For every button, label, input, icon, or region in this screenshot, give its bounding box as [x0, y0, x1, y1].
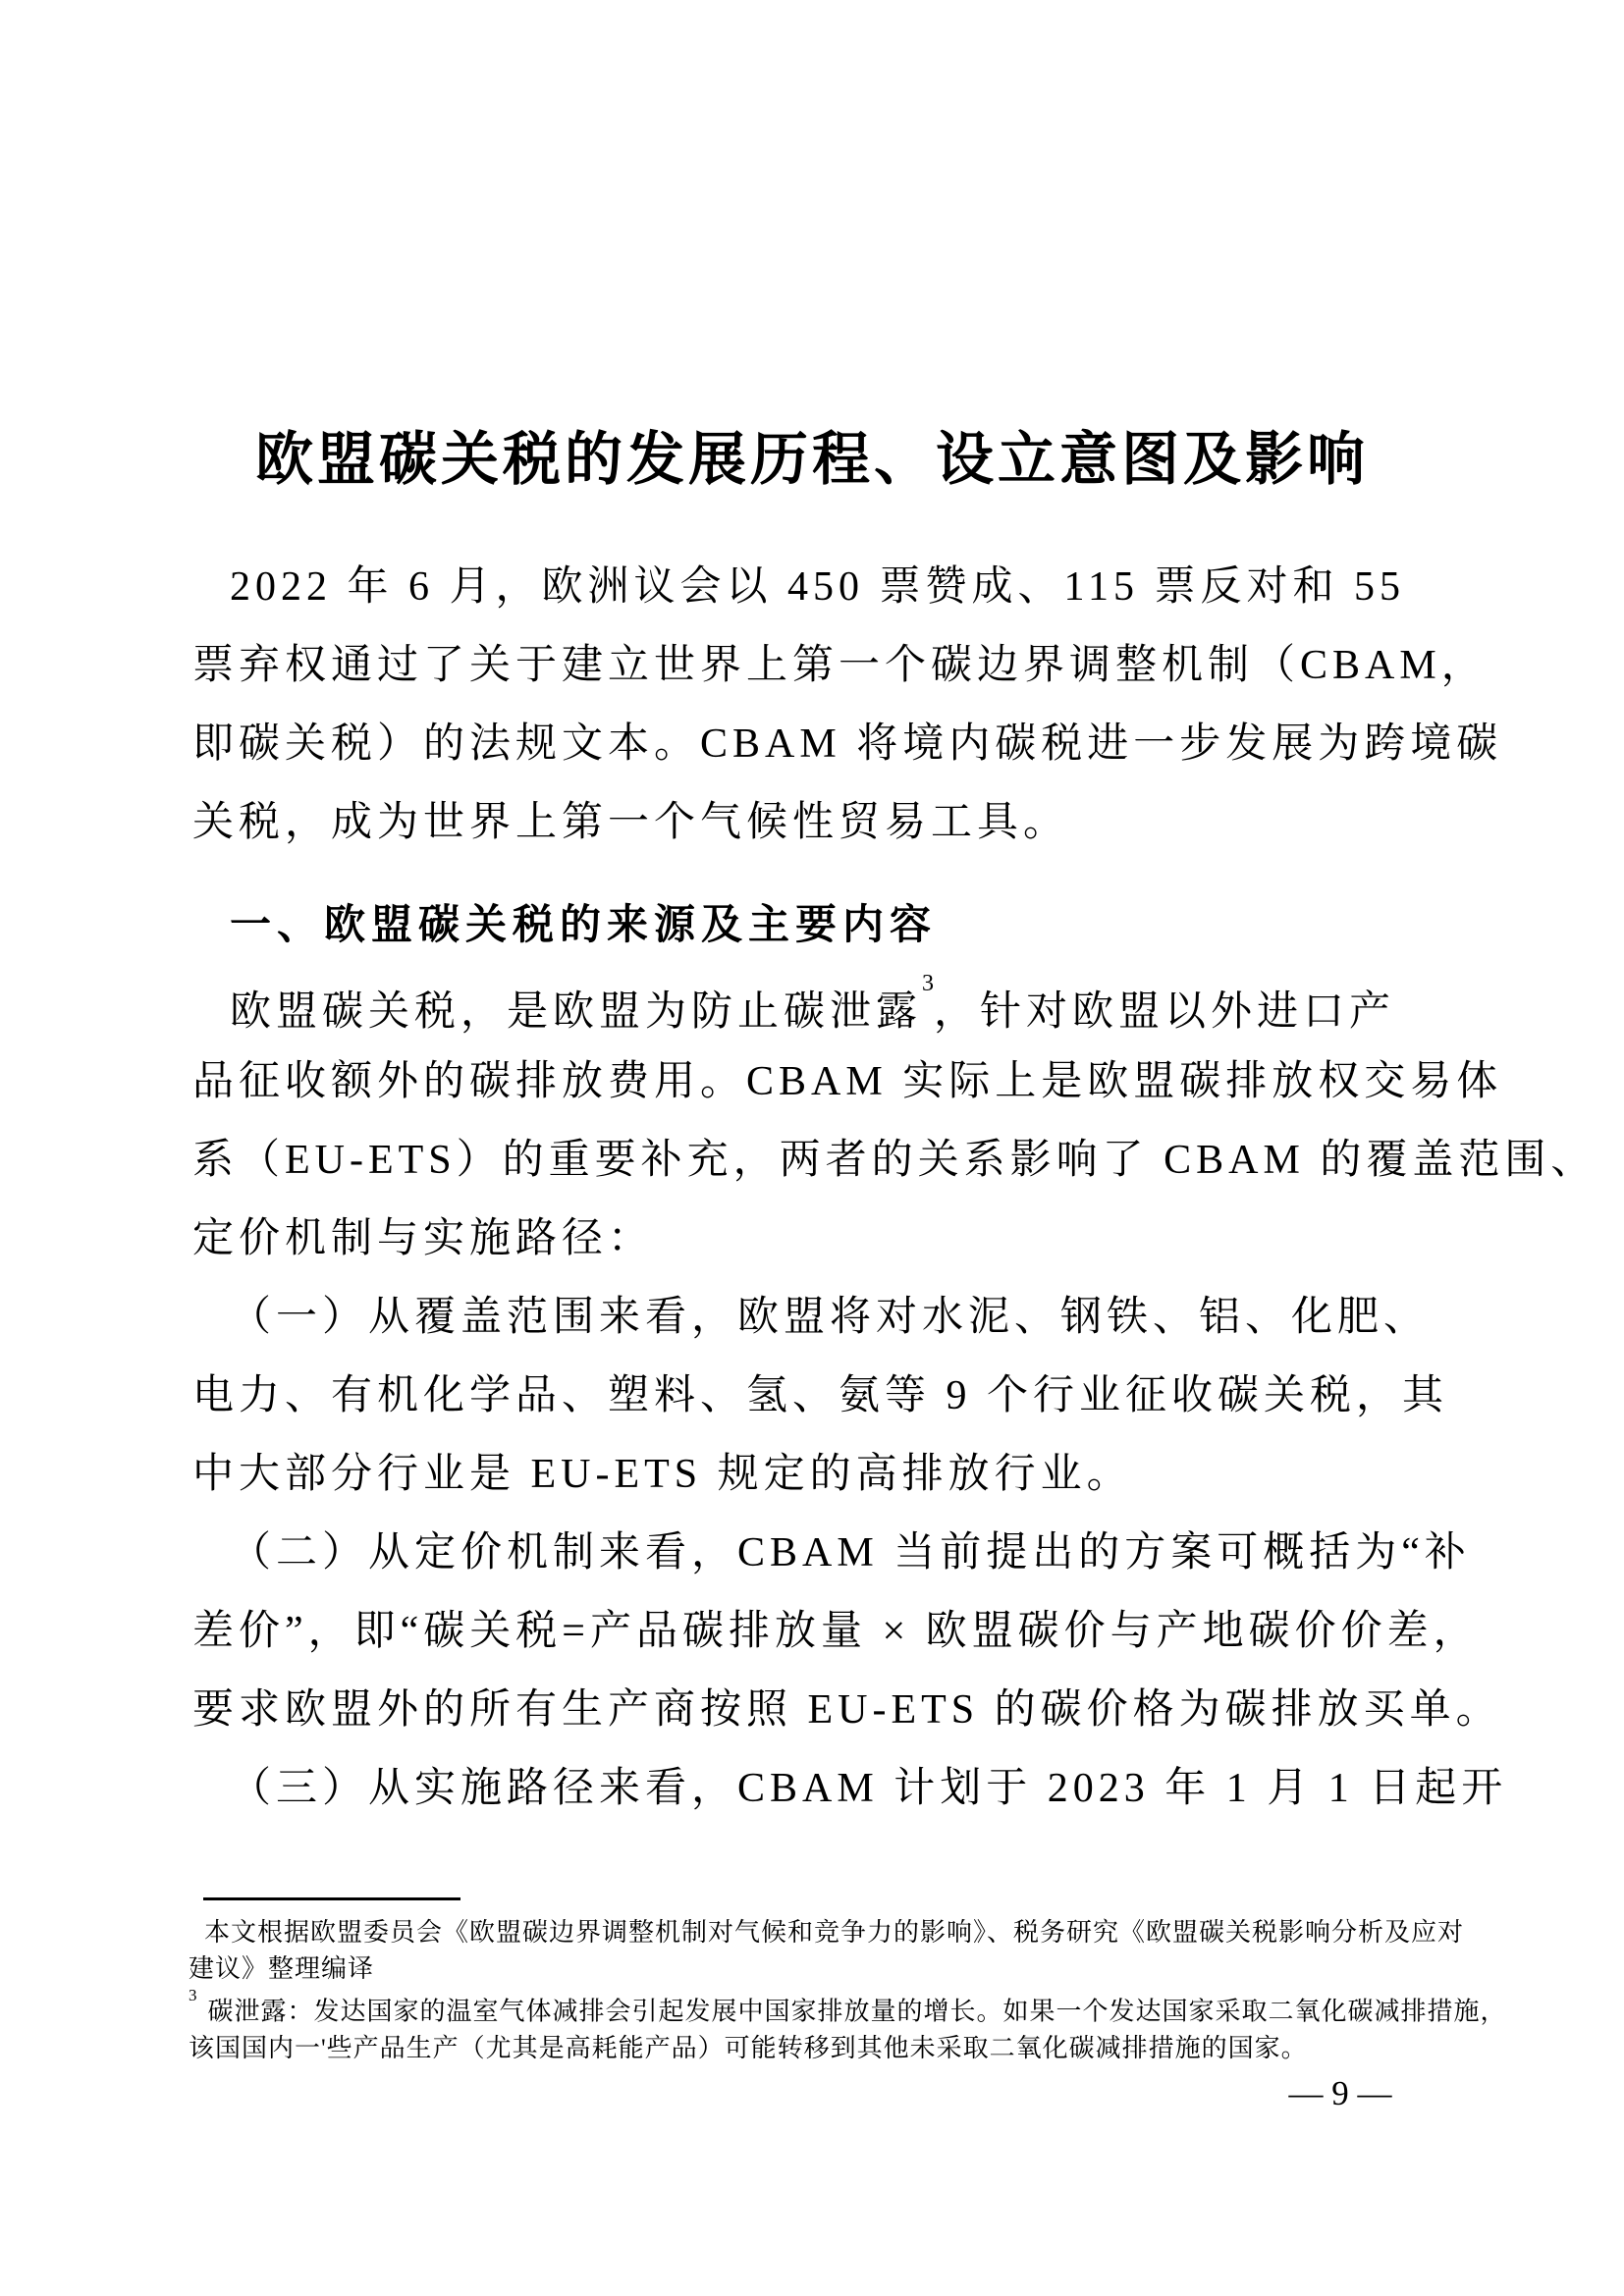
paragraph-line: 电力、有机化学品、塑料、氢、氨等 9 个行业征收碳关税，其: [192, 1357, 1439, 1435]
paragraph-line: （二）从定价机制来看，CBAM 当前提出的方案可概括为“补: [192, 1514, 1439, 1592]
paragraph-line: 系（EU-ETS）的重要补充，两者的关系影响了 CBAM 的覆盖范围、: [192, 1121, 1439, 1200]
footnotes: 本文根据欧盟委员会《欧盟碳边界调整机制对气候和竞争力的影响》、税务研究《欧盟碳关…: [189, 1914, 1475, 2066]
paragraph-line: 关税，成为世界上第一个气候性贸易工具。: [192, 783, 1439, 862]
footnote-line: 该国国内一'些产品生产（尤其是高耗能产品）可能转移到其他未采取二氧化碳减排措施的…: [189, 2030, 1475, 2066]
paragraph-line: （三）从实施路径来看，CBAM 计划于 2023 年 1 月 1 日起开: [192, 1749, 1439, 1828]
paragraph-text: ，针对欧盟以外进口产: [934, 989, 1395, 1035]
footnote-line: 3碳泄露：发达国家的温室气体减排会引起发展中国家排放量的增长。如果一个发达国家采…: [189, 1987, 1475, 2030]
page-title: 欧盟碳关税的发展历程、设立意图及影响: [0, 412, 1624, 496]
paragraph-line: 要求欧盟外的所有生产商按照 EU-ETS 的碳价格为碳排放买单。: [192, 1671, 1439, 1749]
paragraph-line: 差价”，即“碳关税=产品碳排放量 × 欧盟碳价与产地碳价价差，: [192, 1592, 1439, 1671]
section-heading: 一、欧盟碳关税的来源及主要内容: [192, 885, 1439, 964]
footnote-separator: [203, 1897, 460, 1900]
paragraph-line: 票弃权通过了关于建立世界上第一个碳边界调整机制（CBAM，: [192, 626, 1439, 705]
footnote-line: 本文根据欧盟委员会《欧盟碳边界调整机制对气候和竞争力的影响》、税务研究《欧盟碳关…: [189, 1914, 1475, 1950]
paragraph-line: 即碳关税）的法规文本。CBAM 将境内碳税进一步发展为跨境碳: [192, 705, 1439, 783]
paragraph-line: （一）从覆盖范围来看，欧盟将对水泥、钢铁、铝、化肥、: [192, 1278, 1439, 1357]
body-text: 2022 年 6 月，欧洲议会以 450 票赞成、115 票反对和 55 票弃权…: [192, 548, 1439, 1828]
paragraph-line: 定价机制与实施路径：: [192, 1200, 1439, 1278]
paragraph-line: 欧盟碳关税，是欧盟为防止碳泄露3，针对欧盟以外进口产: [192, 964, 1439, 1042]
document-page: 欧盟碳关税的发展历程、设立意图及影响 2022 年 6 月，欧洲议会以 450 …: [0, 0, 1624, 2296]
paragraph-text: 欧盟碳关税，是欧盟为防止碳泄露: [230, 989, 922, 1035]
page-number: — 9 —: [1257, 2074, 1424, 2113]
footnote-reference: 3: [922, 971, 934, 996]
footnote-text: 碳泄露：发达国家的温室气体减排会引起发展中国家排放量的增长。如果一个发达国家采取…: [208, 1998, 1507, 2026]
paragraph-line: 2022 年 6 月，欧洲议会以 450 票赞成、115 票反对和 55: [192, 548, 1439, 626]
paragraph-line: 中大部分行业是 EU-ETS 规定的高排放行业。: [192, 1435, 1439, 1514]
paragraph-line: 品征收额外的碳排放费用。CBAM 实际上是欧盟碳排放权交易体: [192, 1042, 1439, 1121]
footnote-marker: 3: [189, 1986, 198, 2004]
footnote-line: 建议》整理编译: [189, 1950, 1475, 1987]
